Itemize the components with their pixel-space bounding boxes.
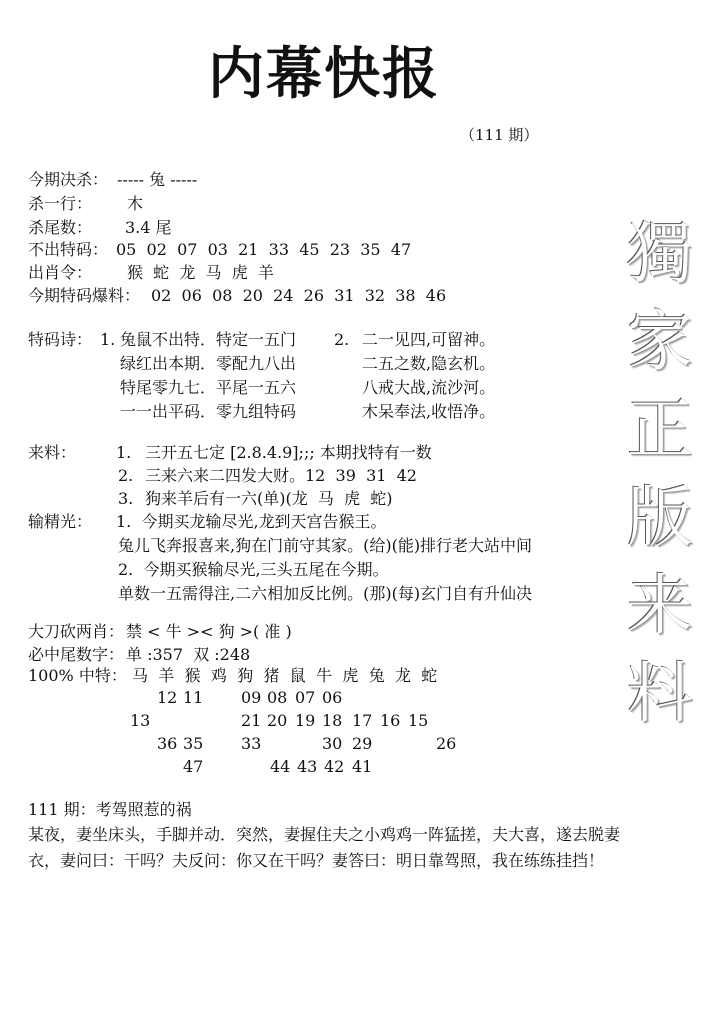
zodiac-number: 36 bbox=[157, 734, 177, 754]
bizhong-value: 单 :357 双 :248 bbox=[126, 645, 250, 665]
story-title: 111 期：考驾照惹的祸 bbox=[28, 797, 192, 823]
zodiac-header: 猪 bbox=[264, 666, 280, 686]
poem-part1-line: 绿红出本期．零配九八出 bbox=[120, 354, 296, 374]
poem-part1-line: 一一出平码．零九组特码 bbox=[120, 402, 296, 422]
shujingguang-line: 单数一五需得注,二六相加反比例。(那)(每)玄门自有升仙决 bbox=[118, 584, 532, 604]
laoliao-item-text: 狗来羊后有一六(单)(龙 马 虎 蛇) bbox=[145, 489, 393, 509]
zodiac-number: 07 bbox=[295, 688, 315, 708]
watermark-char: 版 bbox=[627, 474, 693, 562]
laoliao-label: 来料： bbox=[28, 443, 76, 463]
laoliao-item-number: 2. bbox=[118, 466, 133, 486]
laoliao-item-text: 三开五七定 [2.8.4.9];;; 本期找特有一数 bbox=[145, 443, 432, 463]
watermark-char: 来 bbox=[627, 562, 693, 650]
zodiac-number: 20 bbox=[267, 711, 287, 731]
kill-tail-value: 3.4 尾 bbox=[125, 218, 172, 238]
poem-part1-line: 特尾零九七．平尾一五六 bbox=[120, 378, 296, 398]
watermark-char: 獨 bbox=[627, 210, 693, 298]
zodiac-number: 26 bbox=[436, 734, 456, 754]
story-line: 某夜，妻坐床头，手脚并动．突然，妻握住夫之小鸡鸡一阵猛搓，夫大喜，遂去脱妻 bbox=[28, 822, 620, 848]
zodiac-number: 11 bbox=[183, 688, 203, 708]
kill-value: ----- 兔 ----- bbox=[117, 170, 197, 190]
zodiac-number: 42 bbox=[324, 757, 344, 777]
zodiac-number: 16 bbox=[380, 711, 400, 731]
zodiac-number: 18 bbox=[322, 711, 342, 731]
special-tip-label: 今期特码爆料： bbox=[28, 286, 140, 306]
poem-part2-line: 八戒大战,流沙河。 bbox=[362, 378, 495, 398]
watermark-vertical-text: 獨家正版来料 bbox=[615, 210, 705, 738]
excluded-numbers-value: 05 02 07 03 21 33 45 23 35 47 bbox=[116, 240, 411, 260]
zodiac-number: 44 bbox=[270, 757, 290, 777]
zhongte-label: 100% 中特： bbox=[28, 666, 127, 686]
kill-tail-label: 杀尾数： bbox=[28, 218, 92, 238]
poem-part2-line: 二五之数,隐玄机。 bbox=[362, 354, 495, 374]
zodiac-order-label: 出肖令： bbox=[28, 263, 92, 283]
zodiac-header: 龙 bbox=[395, 666, 411, 686]
zodiac-number: 12 bbox=[157, 688, 177, 708]
zodiac-number: 43 bbox=[297, 757, 317, 777]
shujingguang-line: 1. 今期买龙输尽光,龙到天宫告猴王。 bbox=[116, 512, 387, 532]
poem-label: 特码诗： bbox=[28, 330, 92, 350]
watermark-char: 正 bbox=[627, 386, 693, 474]
poem-part2-number: 2. bbox=[334, 330, 349, 350]
zodiac-number: 35 bbox=[183, 734, 203, 754]
excluded-numbers-label: 不出特码： bbox=[28, 240, 108, 260]
zodiac-header: 猴 bbox=[185, 666, 201, 686]
zodiac-number: 19 bbox=[295, 711, 315, 731]
zodiac-number: 13 bbox=[130, 711, 150, 731]
zodiac-header: 鼠 bbox=[290, 666, 306, 686]
zodiac-header: 羊 bbox=[158, 666, 174, 686]
kill-element-label: 杀一行： bbox=[28, 194, 92, 214]
special-tip-value: 02 06 08 20 24 26 31 32 38 46 bbox=[151, 286, 446, 306]
zodiac-header: 蛇 bbox=[421, 666, 437, 686]
poem-part2-line: 木呆奉法,收悟净。 bbox=[362, 402, 495, 422]
zodiac-header: 狗 bbox=[237, 666, 253, 686]
dadao-value: 禁 < 牛 >< 狗 >( 准 ) bbox=[126, 622, 292, 642]
watermark-char: 料 bbox=[627, 650, 693, 738]
zodiac-number: 33 bbox=[241, 734, 261, 754]
story-line: 衣，妻问曰：干吗？夫反问：你又在干吗？妻答曰：明日靠驾照，我在练练挂挡！ bbox=[28, 848, 604, 874]
zodiac-number: 21 bbox=[241, 711, 261, 731]
zodiac-number: 29 bbox=[352, 734, 372, 754]
zodiac-number: 17 bbox=[352, 711, 372, 731]
zodiac-header: 鸡 bbox=[211, 666, 227, 686]
shujingguang-line: 兔儿飞奔报喜来,狗在门前守其家。(给)(能)排行老大站中间 bbox=[118, 536, 532, 556]
kill-element-value: 木 bbox=[127, 194, 143, 214]
zodiac-number: 06 bbox=[322, 688, 342, 708]
zodiac-header: 兔 bbox=[369, 666, 385, 686]
zodiac-number: 41 bbox=[352, 757, 372, 777]
zodiac-number: 30 bbox=[322, 734, 342, 754]
zodiac-number: 47 bbox=[183, 757, 203, 777]
shujingguang-label: 输精光： bbox=[28, 512, 92, 532]
zodiac-header: 牛 bbox=[316, 666, 332, 686]
zodiac-header: 马 bbox=[132, 666, 148, 686]
bizhong-label: 必中尾数字： bbox=[28, 645, 124, 665]
zodiac-order-value: 猴 蛇 龙 马 虎 羊 bbox=[127, 263, 274, 283]
laoliao-item-number: 3. bbox=[118, 489, 133, 509]
watermark-char: 家 bbox=[627, 298, 693, 386]
poem-part1-line: 兔鼠不出特．特定一五门 bbox=[120, 330, 296, 350]
zodiac-header: 虎 bbox=[342, 666, 358, 686]
page-title: 内幕快报 bbox=[208, 30, 440, 110]
poem-part2-line: 二一见四,可留神。 bbox=[362, 330, 495, 350]
zodiac-number: 15 bbox=[408, 711, 428, 731]
zodiac-number: 08 bbox=[267, 688, 287, 708]
laoliao-item-number: 1. bbox=[116, 443, 131, 463]
dadao-label: 大刀砍两肖： bbox=[28, 622, 124, 642]
zodiac-number: 09 bbox=[241, 688, 261, 708]
laoliao-item-text: 三来六来二四发大财。12 39 31 42 bbox=[145, 466, 417, 486]
shujingguang-line: 2. 今期买猴输尽光,三头五尾在今期。 bbox=[118, 560, 389, 580]
poem-part1-number: 1. bbox=[100, 330, 115, 350]
kill-label: 今期决杀： bbox=[28, 170, 108, 190]
issue-number: （111 期） bbox=[460, 124, 538, 145]
